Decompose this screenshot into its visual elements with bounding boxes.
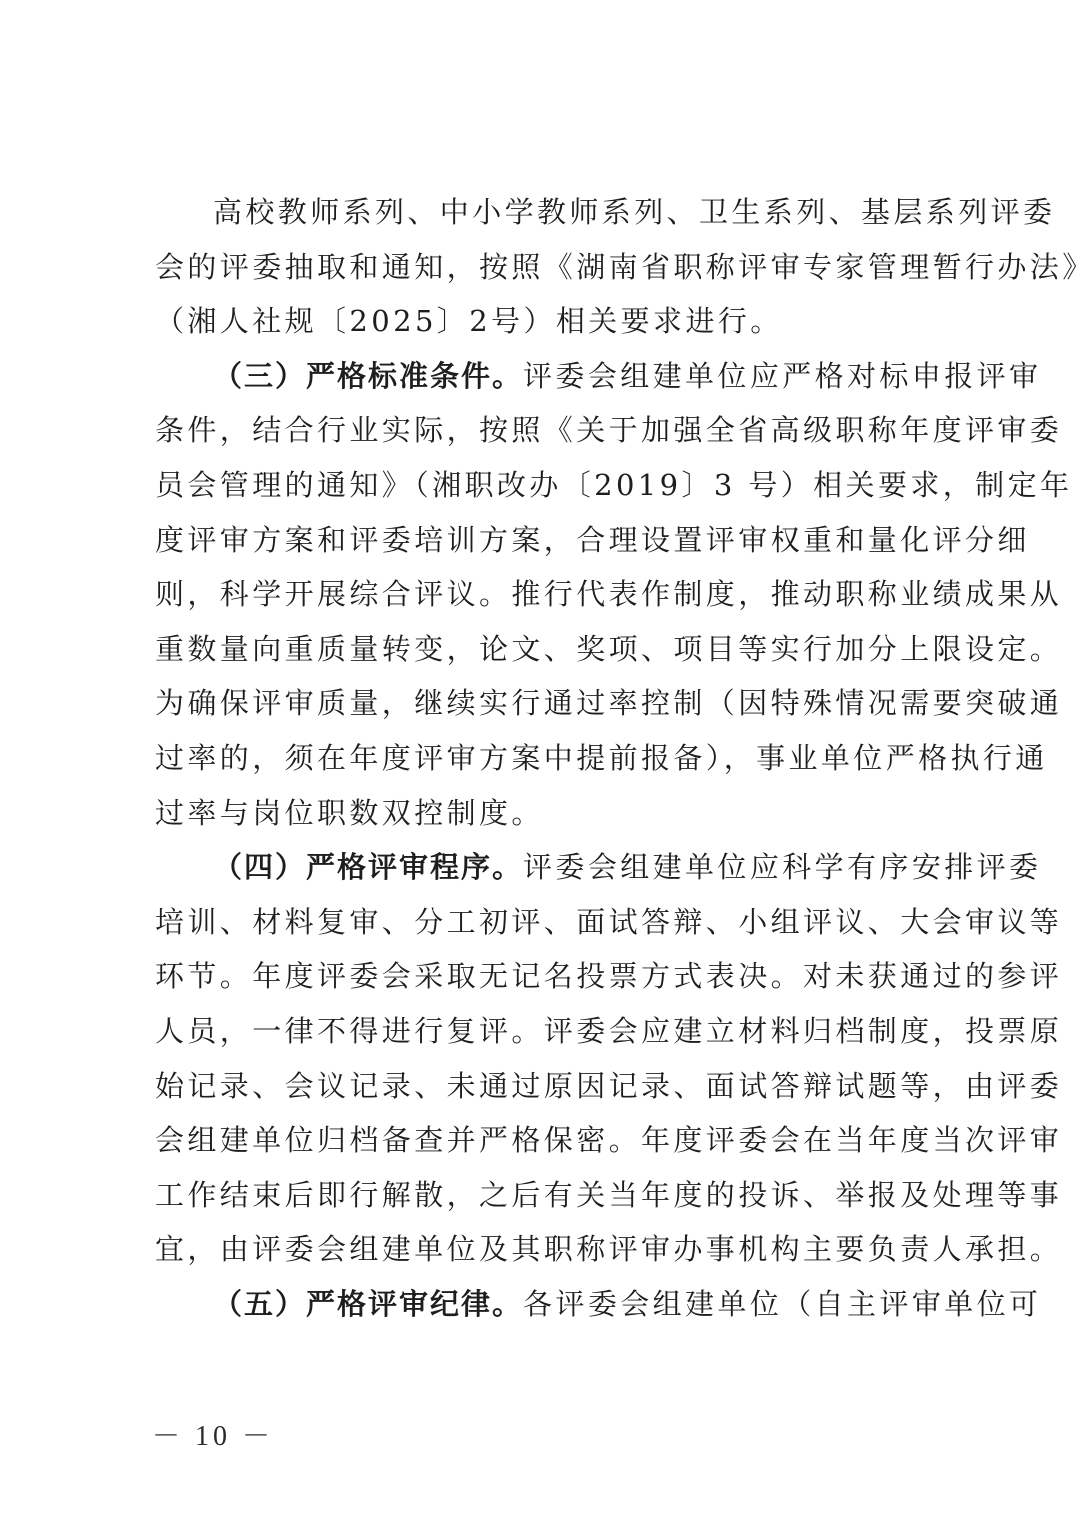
text-line: （湘人社规〔2025〕2号）相关要求进行。 xyxy=(155,294,947,349)
text-span: 评委会组建单位应科学有序安排评委 xyxy=(523,850,1041,884)
page-number: － 10 － xyxy=(152,1414,274,1454)
text-line: 宜，由评委会组建单位及其职称评审办事机构主要负责人承担。 xyxy=(155,1222,947,1277)
text-line: 培训、材料复审、分工初评、面试答辩、小组评议、大会审议等 xyxy=(155,895,947,950)
text-line: 环节。年度评委会采取无记名投票方式表决。对未获通过的参评 xyxy=(155,949,947,1004)
section-heading: （五）严格评审纪律。 xyxy=(213,1287,523,1321)
document-body: 高校教师系列、中小学教师系列、卫生系列、基层系列评委 会的评委抽取和通知，按照《… xyxy=(155,185,947,1331)
document-page: 高校教师系列、中小学教师系列、卫生系列、基层系列评委 会的评委抽取和通知，按照《… xyxy=(0,0,1080,1528)
text-span: 评委会组建单位应严格对标申报评审 xyxy=(523,359,1041,393)
text-line: 人员，一律不得进行复评。评委会应建立材料归档制度，投票原 xyxy=(155,1004,947,1059)
text-line: 过率的，须在年度评审方案中提前报备），事业单位严格执行通 xyxy=(155,731,947,786)
text-span: 各评委会组建单位（自主评审单位可 xyxy=(523,1287,1041,1321)
text-line: 过率与岗位职数双控制度。 xyxy=(155,786,947,841)
text-line: 重数量向重质量转变，论文、奖项、项目等实行加分上限设定。 xyxy=(155,622,947,677)
text-line: 度评审方案和评委培训方案，合理设置评审权重和量化评分细 xyxy=(155,513,947,568)
text-line: 会组建单位归档备查并严格保密。年度评委会在当年度当次评审 xyxy=(155,1113,947,1168)
text-line: 条件，结合行业实际，按照《关于加强全省高级职称年度评审委 xyxy=(155,403,947,458)
text-line: 工作结束后即行解散，之后有关当年度的投诉、举报及处理等事 xyxy=(155,1168,947,1223)
text-line: （三）严格标准条件。评委会组建单位应严格对标申报评审 xyxy=(155,349,947,404)
text-line: 会的评委抽取和通知，按照《湖南省职称评审专家管理暂行办法》 xyxy=(155,240,947,295)
paragraph-review-procedure: （四）严格评审程序。评委会组建单位应科学有序安排评委 培训、材料复审、分工初评、… xyxy=(155,840,947,1277)
paragraph-review-discipline: （五）严格评审纪律。各评委会组建单位（自主评审单位可 xyxy=(155,1277,947,1332)
section-heading: （四）严格评审程序。 xyxy=(213,850,523,884)
text-line: 员会管理的通知》（湘职改办〔2019〕3 号）相关要求，制定年 xyxy=(155,458,947,513)
text-line: 高校教师系列、中小学教师系列、卫生系列、基层系列评委 xyxy=(155,185,947,240)
text-line: （四）严格评审程序。评委会组建单位应科学有序安排评委 xyxy=(155,840,947,895)
text-line: 始记录、会议记录、未通过原因记录、面试答辩试题等，由评委 xyxy=(155,1059,947,1114)
paragraph-expert-selection: 高校教师系列、中小学教师系列、卫生系列、基层系列评委 会的评委抽取和通知，按照《… xyxy=(155,185,947,349)
section-heading: （三）严格标准条件。 xyxy=(213,359,523,393)
text-line: 则，科学开展综合评议。推行代表作制度，推动职称业绩成果从 xyxy=(155,567,947,622)
text-line: 为确保评审质量，继续实行通过率控制（因特殊情况需要突破通 xyxy=(155,676,947,731)
paragraph-standard-conditions: （三）严格标准条件。评委会组建单位应严格对标申报评审 条件，结合行业实际，按照《… xyxy=(155,349,947,840)
text-line: （五）严格评审纪律。各评委会组建单位（自主评审单位可 xyxy=(155,1277,947,1332)
